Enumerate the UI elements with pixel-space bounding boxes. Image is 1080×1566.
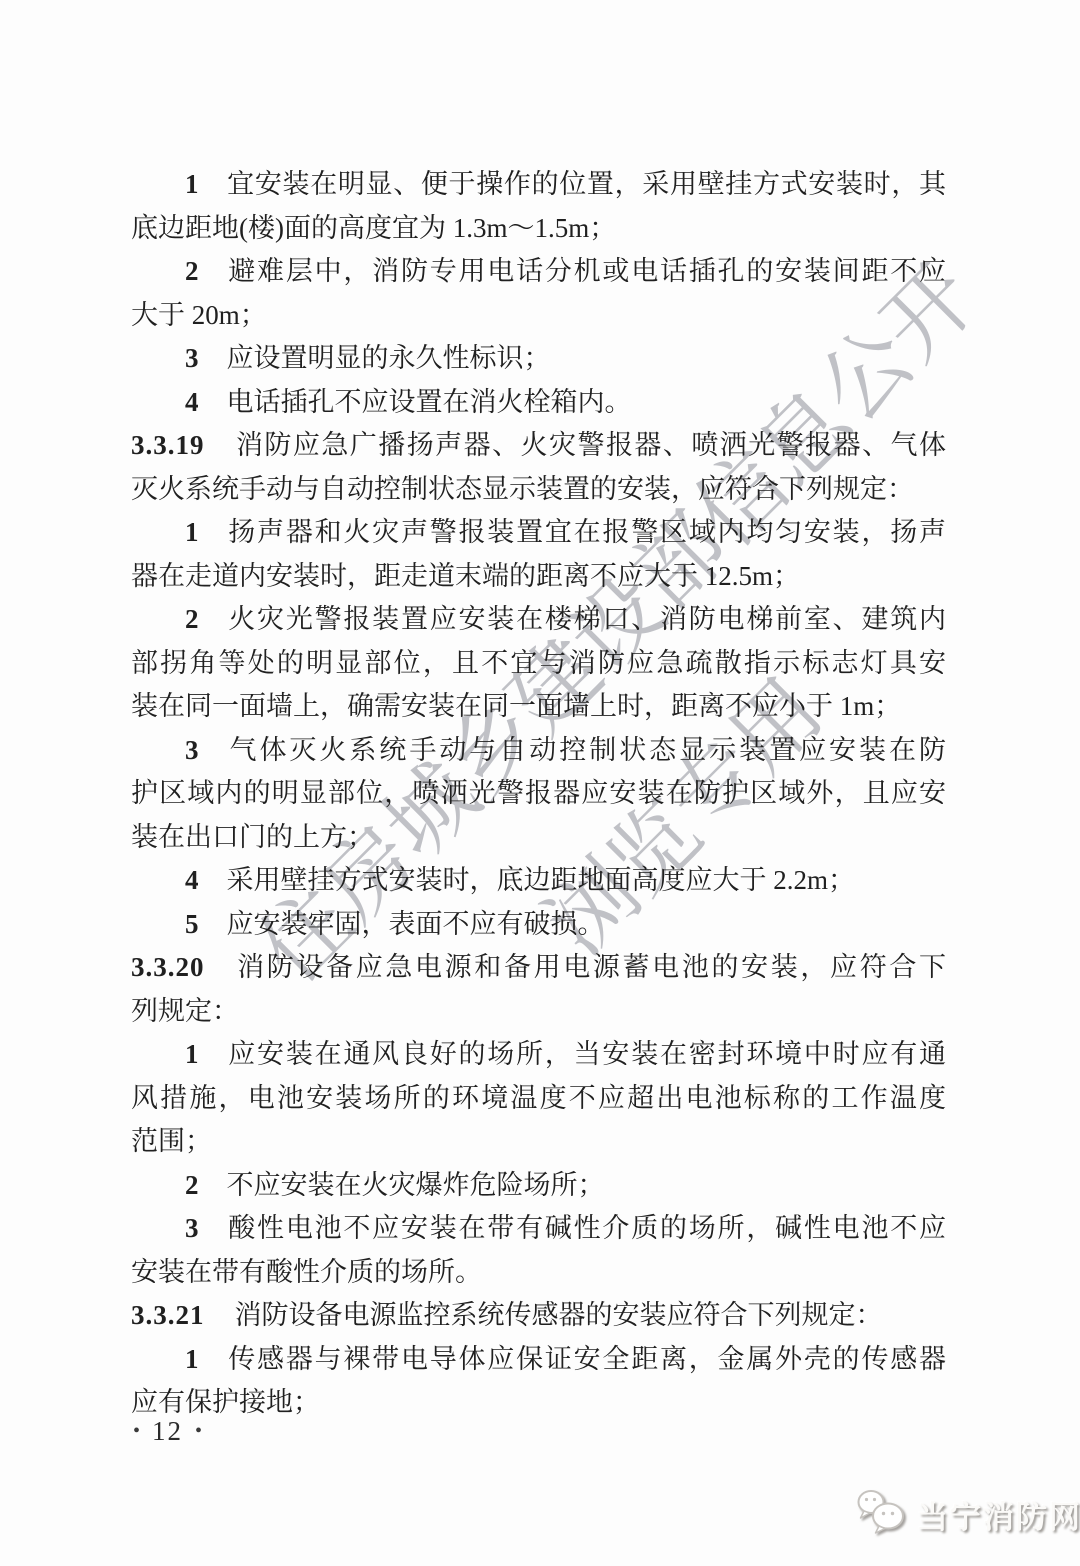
body-line: 4采用壁挂方式安装时，底边距地面高度应大于 2.2m；	[131, 859, 946, 903]
paragraph-number: 1	[185, 1039, 199, 1069]
line-text: 应安装在通风良好的场所，当安装在密封环境中时应有通	[227, 1039, 947, 1069]
body-line: 安装在带有酸性介质的场所。	[131, 1251, 946, 1295]
section-line: 3.3.20消防设备应急电源和备用电源蓄电池的安装，应符合下	[131, 946, 946, 990]
body-line: 1传感器与裸带电导体应保证安全距离，金属外壳的传感器	[131, 1338, 946, 1382]
paragraph-number: 1	[185, 1344, 199, 1374]
paragraph-number: 3.3.19	[131, 430, 205, 460]
line-text: 底边距地(楼)面的高度宜为 1.3m～1.5m；	[131, 213, 616, 243]
document-page: 住房城乡建设部信息公开 浏览专用 1宜安装在明显、便于操作的位置，采用壁挂方式安…	[0, 0, 1080, 1566]
line-text: 风措施，电池安装场所的环境温度不应超出电池标称的工作温度	[131, 1083, 946, 1113]
body-line: 2避难层中，消防专用电话分机或电话插孔的安装间距不应	[131, 250, 946, 294]
line-text: 范围；	[131, 1126, 212, 1156]
body-line: 5应安装牢固，表面不应有破损。	[131, 903, 946, 947]
body-line: 3应设置明显的永久性标识；	[131, 337, 946, 381]
page-number-dot-left: •	[133, 1420, 140, 1443]
line-text: 消防应急广播扬声器、火灾警报器、喷洒光警报器、气体	[235, 430, 947, 460]
body-line: 部拐角等处的明显部位，且不宜与消防应急疏散指示标志灯具安	[131, 642, 946, 686]
paragraph-number: 3.3.21	[131, 1300, 205, 1330]
line-text: 不应安装在火灾爆炸危险场所；	[227, 1170, 605, 1200]
paragraph-number: 4	[185, 865, 199, 895]
line-text: 装在同一面墙上，确需安装在同一面墙上时，距离不应小于 1m；	[131, 691, 901, 721]
paragraph-number: 3.3.20	[131, 952, 205, 982]
line-text: 消防设备电源监控系统传感器的安装应符合下列规定：	[235, 1300, 883, 1330]
page-number-value: 12	[152, 1416, 183, 1447]
paragraph-number: 1	[185, 169, 199, 199]
line-text: 安装在带有酸性介质的场所。	[131, 1257, 482, 1287]
wechat-icon	[856, 1488, 908, 1541]
line-text: 装在出口门的上方；	[131, 822, 374, 852]
section-line: 3.3.21消防设备电源监控系统传感器的安装应符合下列规定：	[131, 1294, 946, 1338]
body-line: 4电话插孔不应设置在消火栓箱内。	[131, 381, 946, 425]
body-line: 2火灾光警报装置应安装在楼梯口、消防电梯前室、建筑内	[131, 598, 946, 642]
line-text: 列规定：	[131, 996, 239, 1026]
body-line: 底边距地(楼)面的高度宜为 1.3m～1.5m；	[131, 207, 946, 251]
paragraph-number: 3	[185, 1213, 199, 1243]
paragraph-number: 4	[185, 387, 199, 417]
body-line: 装在出口门的上方；	[131, 816, 946, 860]
line-text: 酸性电池不应安装在带有碱性介质的场所，碱性电池不应	[227, 1213, 947, 1243]
line-text: 传感器与裸带电导体应保证安全距离，金属外壳的传感器	[227, 1344, 947, 1374]
paragraph-number: 2	[185, 604, 199, 634]
brand-name: 当宁消防网	[917, 1492, 1080, 1537]
paragraph-number: 3	[185, 343, 199, 373]
line-text: 应安装牢固，表面不应有破损。	[227, 909, 605, 939]
line-text: 部拐角等处的明显部位，且不宜与消防应急疏散指示标志灯具安	[131, 648, 946, 678]
body-line: 列规定：	[131, 990, 946, 1034]
page-number: • 12 •	[133, 1416, 202, 1447]
body-line: 风措施，电池安装场所的环境温度不应超出电池标称的工作温度	[131, 1077, 946, 1121]
line-text: 应有保护接地；	[131, 1387, 320, 1417]
line-text: 宜安装在明显、便于操作的位置，采用壁挂方式安装时，其	[227, 169, 947, 199]
body-line: 范围；	[131, 1120, 946, 1164]
body-line: 1应安装在通风良好的场所，当安装在密封环境中时应有通	[131, 1033, 946, 1077]
line-text: 气体灭火系统手动与自动控制状态显示装置应安装在防	[227, 735, 947, 765]
paragraph-number: 1	[185, 517, 199, 547]
line-text: 火灾光警报装置应安装在楼梯口、消防电梯前室、建筑内	[227, 604, 947, 634]
body-line: 3酸性电池不应安装在带有碱性介质的场所，碱性电池不应	[131, 1207, 946, 1251]
body-line: 大于 20m；	[131, 294, 946, 338]
body-line: 1宜安装在明显、便于操作的位置，采用壁挂方式安装时，其	[131, 163, 946, 207]
line-text: 消防设备应急电源和备用电源蓄电池的安装，应符合下	[235, 952, 947, 982]
paragraph-number: 5	[185, 909, 199, 939]
line-text: 护区域内的明显部位，喷洒光警报器应安装在防护区域外，且应安	[131, 778, 946, 808]
line-text: 大于 20m；	[131, 300, 267, 330]
body-line: 2不应安装在火灾爆炸危险场所；	[131, 1164, 946, 1208]
body-line: 应有保护接地；	[131, 1381, 946, 1425]
body-line: 护区域内的明显部位，喷洒光警报器应安装在防护区域外，且应安	[131, 772, 946, 816]
body-line: 3气体灭火系统手动与自动控制状态显示装置应安装在防	[131, 729, 946, 773]
line-text: 灭火系统手动与自动控制状态显示装置的安装，应符合下列规定：	[131, 474, 914, 504]
line-text: 器在走道内安装时，距走道末端的距离不应大于 12.5m；	[131, 561, 800, 591]
brand-logo: 当宁消防网	[856, 1488, 1080, 1541]
line-text: 避难层中，消防专用电话分机或电话插孔的安装间距不应	[227, 256, 947, 286]
paragraph-number: 2	[185, 1170, 199, 1200]
body-line: 灭火系统手动与自动控制状态显示装置的安装，应符合下列规定：	[131, 468, 946, 512]
line-text: 采用壁挂方式安装时，底边距地面高度应大于 2.2m；	[227, 865, 856, 895]
paragraph-number: 3	[185, 735, 199, 765]
section-line: 3.3.19消防应急广播扬声器、火灾警报器、喷洒光警报器、气体	[131, 424, 946, 468]
line-text: 电话插孔不应设置在消火栓箱内。	[227, 387, 632, 417]
body-line: 装在同一面墙上，确需安装在同一面墙上时，距离不应小于 1m；	[131, 685, 946, 729]
line-text: 应设置明显的永久性标识；	[227, 343, 551, 373]
paragraph-number: 2	[185, 256, 199, 286]
document-body: 1宜安装在明显、便于操作的位置，采用壁挂方式安装时，其底边距地(楼)面的高度宜为…	[131, 163, 946, 1425]
line-text: 扬声器和火灾声警报装置宜在报警区域内均匀安装，扬声	[227, 517, 947, 547]
body-line: 器在走道内安装时，距走道末端的距离不应大于 12.5m；	[131, 555, 946, 599]
page-number-dot-right: •	[195, 1420, 202, 1443]
body-line: 1扬声器和火灾声警报装置宜在报警区域内均匀安装，扬声	[131, 511, 946, 555]
